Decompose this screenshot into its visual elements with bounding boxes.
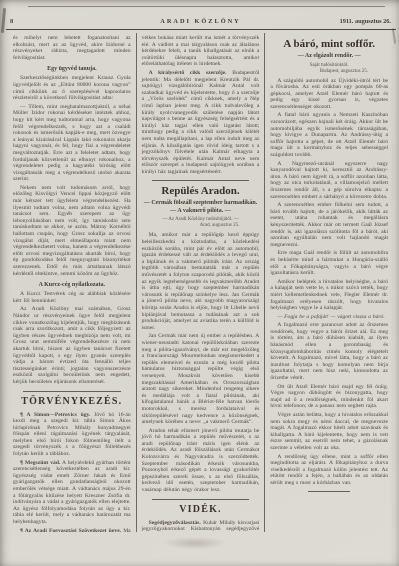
news-item-kiralysertes: A királysértő cikk szerzője. Budapestről… — [142, 70, 260, 176]
paragraph: A fiatal báró ugyanis a Nemzeti Kaszinób… — [270, 112, 388, 158]
subhead-lawyer-witness: Egy ügyvéd tanuja. — [13, 66, 131, 72]
item-lead: ¶ Megszünt vád. — [20, 460, 60, 466]
dialogue-line: — Fogja be a pofáját! — vágott vissza a … — [270, 314, 388, 321]
headline-subtitle: — Cermák fölszáll szeptember harmadikán.… — [142, 200, 260, 215]
paragraph: — Tőlem, mint meghatalmazottjuktól, a né… — [13, 104, 131, 183]
item-text: Budapestről jelentik: Ma délelőtt megjel… — [142, 70, 260, 175]
top-rule — [28, 6, 385, 7]
section-title-videk: VIDÉK. — [142, 504, 260, 515]
scan-artifact — [150, 534, 240, 552]
paragraph: Ott ült Atzél Elemér báró majd egy fél ó… — [270, 384, 388, 410]
headline-repules-aradon: Repülés Aradon. — [142, 185, 260, 197]
article-divider — [152, 180, 250, 181]
paragraph: A rendőrség úgy ellene, mint a soffőr el… — [270, 454, 388, 487]
masthead: 8 ARADI KÖZLÖNY 1911. augusztus 26. — [10, 15, 391, 28]
item-lead: ¶ Az Aradi Fogyasztási Szövetkezet ügye. — [20, 528, 121, 532]
headline-subtitle: — Az elgázolt rendőr. — — [270, 53, 388, 61]
masthead-rule — [6, 29, 396, 30]
article-continuation: és mihelyt nem lehetett foganatosítani a… — [13, 35, 131, 61]
column-right: A báró, mint soffőr. — Az elgázolt rendő… — [264, 33, 393, 532]
paragraph: Aradon tehát elismert jónevű pilóta muta… — [142, 428, 260, 494]
scan-content: 8 ARADI KÖZLÖNY 1911. augusztus 26. és m… — [0, 0, 399, 566]
paragraph: A fogalmazó erre parancsot adott az őrsz… — [270, 322, 388, 381]
paragraph: A száguldó automobil az Újvidéki-útról t… — [270, 78, 388, 111]
paragraph: Ma, amikor már a repülőgép kezd éppúgy b… — [142, 232, 260, 331]
item-lead: ¶ A Simon—Petrovics ügy. — [20, 412, 90, 418]
item-text: A helyiérdekű gyárban történt szerencsét… — [13, 460, 131, 525]
section-title-courts: TÖRVÉNYKEZÉS. — [13, 396, 131, 407]
column-layout: és mihelyt nem lehetett foganatosítani a… — [8, 33, 393, 532]
item-lead: A királysértő cikk szerzője. — [149, 70, 227, 76]
paragraph: Az Aradi Közlöny mai számában, Grosz Nán… — [13, 306, 131, 385]
article-continuation: vétkes bukása miatt került ma ismét a tö… — [142, 35, 260, 68]
paragraph: Erre maga Gaál rendőr is fölült az autom… — [270, 250, 388, 276]
paragraph: Végre aztán belátta, hogy a hivatalos er… — [270, 412, 388, 452]
item-lead: Segédjegyzőválasztás. — [149, 520, 201, 526]
article-end-rule — [308, 491, 350, 492]
paragraph: Jan Cermák már nem új ember a repülésben… — [142, 333, 260, 425]
section-divider — [152, 499, 250, 500]
dateline: Budapest, augusztus 25. — [270, 69, 388, 75]
court-news-item: ¶ Megszünt vád. A helyiérdekű gyárban tö… — [13, 460, 131, 526]
column-middle: vétkes bukása miatt került ma ismét a tö… — [136, 33, 265, 532]
paragraph: A szerencsétlen ember fölkelni sem tudot… — [270, 202, 388, 248]
paragraph: Amikor beléptek a hivatalos helyiségbe, … — [270, 279, 388, 312]
section-divider — [23, 391, 121, 392]
paragraph: Nekem nem volt tudomásom arról, hogy elő… — [13, 185, 131, 277]
paragraph: A Kurcz Testvérek cég az alábbiak közlés… — [13, 291, 131, 304]
dateline: Arad, augusztus 25. — [142, 223, 260, 229]
column-left: és mihelyt nem lehetett foganatosítani a… — [8, 33, 136, 532]
headline-baro-soffor: A báró, mint soffőr. — [270, 38, 388, 50]
court-news-item: ¶ Az Aradi Fogyasztási Szövetkezet ügye.… — [13, 528, 131, 532]
videk-news-item: Segédjegyzőválasztás. Kuhár Mihály kisva… — [142, 520, 260, 532]
newspaper-page: 8 ARADI KÖZLÖNY 1911. augusztus 26. és m… — [0, 0, 399, 566]
paragraph: Szerkesztőségünkben megjelent Krausz Gyu… — [13, 75, 131, 101]
subhead-kurcz-statement: A Kurcz-cég nyilatkozata. — [13, 282, 131, 288]
paper-title: ARADI KÖZLÖNY — [10, 18, 391, 25]
paragraph: A Nagymező-utcánál egyszerre nagy kanyar… — [270, 161, 388, 201]
issue-date: 1911. augusztus 26. — [340, 18, 391, 25]
item-text: Jövő hó 16-án kezdi meg a szegedi kir. t… — [13, 412, 131, 458]
court-news-item: ¶ A Simon—Petrovics ügy. Jövő hó 16-án k… — [13, 412, 131, 458]
